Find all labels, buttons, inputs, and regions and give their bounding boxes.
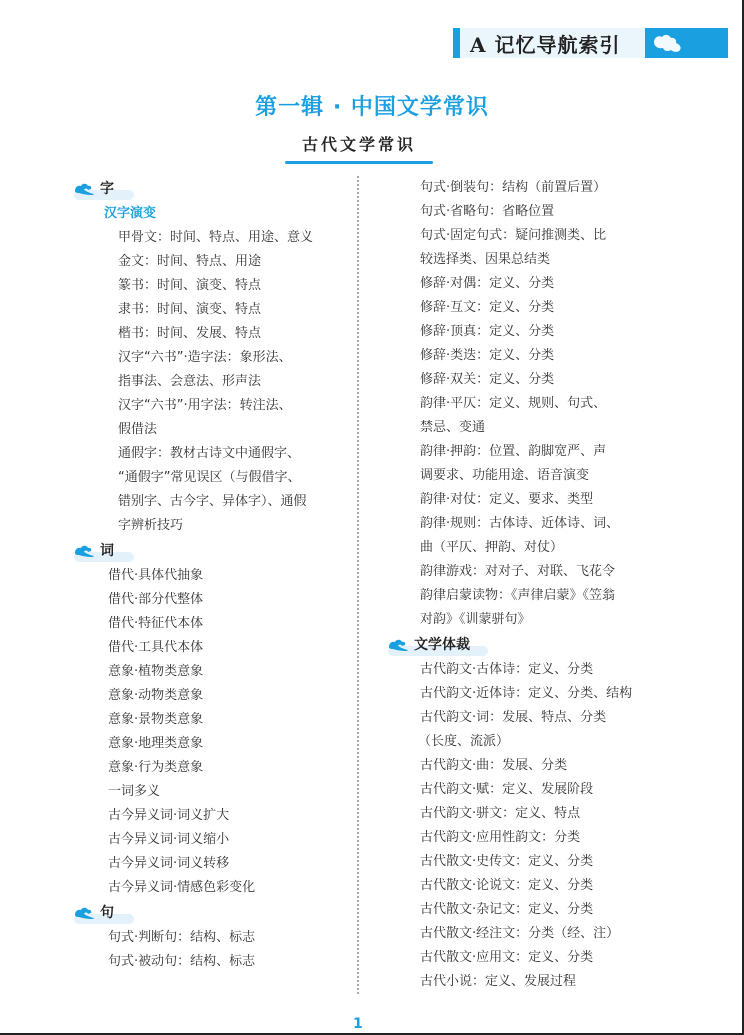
- cloud-icon: [388, 638, 410, 652]
- list-item: 修辞·类迭：定义、分类: [388, 344, 658, 368]
- list-item: 古今异义词·词义扩大: [74, 804, 344, 828]
- section-heading-ci: 词: [74, 538, 344, 564]
- list-item: 意象·景物类意象: [74, 708, 344, 732]
- list-item: 韵律启蒙读物：《声律启蒙》《笠翁: [388, 584, 658, 608]
- header-accent-bar: [453, 28, 460, 58]
- page-subtitle: 古代文学常识: [285, 132, 433, 155]
- cloud-icon: [74, 906, 96, 920]
- list-item: 句式·倒装句：结构（前置后置）: [388, 176, 658, 200]
- section-header-tab: A 记忆导航索引: [453, 28, 728, 58]
- list-item: 古代韵文·曲：发展、分类: [388, 754, 658, 778]
- list-item: 通假字：教材古诗文中通假字、: [74, 442, 344, 466]
- list-item: 古今异义词·词义转移: [74, 852, 344, 876]
- list-item: 古代散文·杂记文：定义、分类: [388, 898, 658, 922]
- header-label: A 记忆导航索引: [470, 29, 620, 58]
- header-label-box: A 记忆导航索引: [460, 28, 645, 58]
- list-item: 古代散文·论说文：定义、分类: [388, 874, 658, 898]
- list-item: 韵律·押韵：位置、韵脚宽严、声: [388, 440, 658, 464]
- subheading-hanzi-evolution: 汉字演变: [74, 202, 344, 226]
- subtitle-underline: [285, 161, 433, 164]
- section-heading-text: 词: [100, 539, 114, 563]
- list-item: 古今异义词·词义缩小: [74, 828, 344, 852]
- page-number: 1: [353, 1016, 363, 1032]
- section-heading-text: 句: [100, 901, 114, 925]
- left-column: 字 汉字演变 甲骨文：时间、特点、用途、意义 金文：时间、特点、用途 篆书：时间…: [74, 176, 344, 974]
- list-item: 借代·工具代本体: [74, 636, 344, 660]
- section-heading-zi: 字: [74, 176, 344, 202]
- list-item: 禁忌、变通: [388, 416, 658, 440]
- list-item: 修辞·对偶：定义、分类: [388, 272, 658, 296]
- list-item: 韵律·平仄：定义、规则、句式、: [388, 392, 658, 416]
- list-item: 意象·行为类意象: [74, 756, 344, 780]
- list-item: 汉字“六书”·用字法：转注法、: [74, 394, 344, 418]
- section-heading-text: 字: [100, 177, 114, 201]
- list-item: 借代·部分代整体: [74, 588, 344, 612]
- list-item: 韵律游戏：对对子、对联、飞花令: [388, 560, 658, 584]
- list-item: 古代韵文·赋：定义、发展阶段: [388, 778, 658, 802]
- list-item: （长度、流派）: [388, 730, 658, 754]
- list-item: 句式·固定句式：疑问推测类、比: [388, 224, 658, 248]
- list-item: 句式·省略句：省略位置: [388, 200, 658, 224]
- list-item: 隶书：时间、演变、特点: [74, 298, 344, 322]
- list-item: 意象·植物类意象: [74, 660, 344, 684]
- list-item: “通假字”常见误区（与假借字、: [74, 466, 344, 490]
- list-item: 意象·动物类意象: [74, 684, 344, 708]
- list-item: 古代散文·经注文：分类（经、注）: [388, 922, 658, 946]
- list-item: 修辞·互文：定义、分类: [388, 296, 658, 320]
- list-item: 金文：时间、特点、用途: [74, 250, 344, 274]
- section-heading-ju: 句: [74, 900, 344, 926]
- list-item: 甲骨文：时间、特点、用途、意义: [74, 226, 344, 250]
- list-item: 楷书：时间、发展、特点: [74, 322, 344, 346]
- list-item: 古代小说：定义、发展过程: [388, 970, 658, 994]
- list-item: 古代散文·史传文：定义、分类: [388, 850, 658, 874]
- right-column: 句式·倒装句：结构（前置后置） 句式·省略句：省略位置 句式·固定句式：疑问推测…: [388, 176, 658, 994]
- list-item: 修辞·顶真：定义、分类: [388, 320, 658, 344]
- list-item: 假借法: [74, 418, 344, 442]
- list-item: 一词多义: [74, 780, 344, 804]
- header-cloud-box: [645, 28, 728, 58]
- list-item: 修辞·双关：定义、分类: [388, 368, 658, 392]
- list-item: 句式·被动句：结构、标志: [74, 950, 344, 974]
- list-item: 对韵》《训蒙骈句》: [388, 608, 658, 632]
- subtitle-block: 古代文学常识: [285, 132, 433, 164]
- list-item: 韵律·规则：古体诗、近体诗、词、: [388, 512, 658, 536]
- list-item: 错别字、古今字、异体字）、通假: [74, 490, 344, 514]
- list-item: 古今异义词·情感色彩变化: [74, 876, 344, 900]
- page-title: 第一辑 · 中国文学常识: [0, 90, 744, 121]
- cloud-icon: [74, 182, 96, 196]
- section-heading-text: 文学体裁: [414, 633, 470, 657]
- list-item: 古代韵文·骈文：定义、特点: [388, 802, 658, 826]
- list-item: 指事法、会意法、形声法: [74, 370, 344, 394]
- list-item: 汉字“六书”·造字法：象形法、: [74, 346, 344, 370]
- list-item: 古代韵文·古体诗：定义、分类: [388, 658, 658, 682]
- list-item: 古代韵文·词：发展、特点、分类: [388, 706, 658, 730]
- section-heading-literary-genres: 文学体裁: [388, 632, 658, 658]
- cloud-icon: [74, 544, 96, 558]
- list-item: 句式·判断句：结构、标志: [74, 926, 344, 950]
- cloud-icon: [651, 32, 685, 54]
- list-item: 调要求、功能用途、语音演变: [388, 464, 658, 488]
- list-item: 曲（平仄、押韵、对仗）: [388, 536, 658, 560]
- list-item: 篆书：时间、演变、特点: [74, 274, 344, 298]
- page-title-text: 第一辑 · 中国文学常识: [255, 90, 489, 121]
- list-item: 韵律·对仗：定义、要求、类型: [388, 488, 658, 512]
- list-item: 古代韵文·应用性韵文：分类: [388, 826, 658, 850]
- list-item: 借代·具体代抽象: [74, 564, 344, 588]
- column-divider: [357, 176, 359, 994]
- list-item: 古代韵文·近体诗：定义、分类、结构: [388, 682, 658, 706]
- list-item: 借代·特征代本体: [74, 612, 344, 636]
- list-item: 古代散文·应用文：定义、分类: [388, 946, 658, 970]
- list-item: 意象·地理类意象: [74, 732, 344, 756]
- list-item: 字辨析技巧: [74, 514, 344, 538]
- list-item: 较选择类、因果总结类: [388, 248, 658, 272]
